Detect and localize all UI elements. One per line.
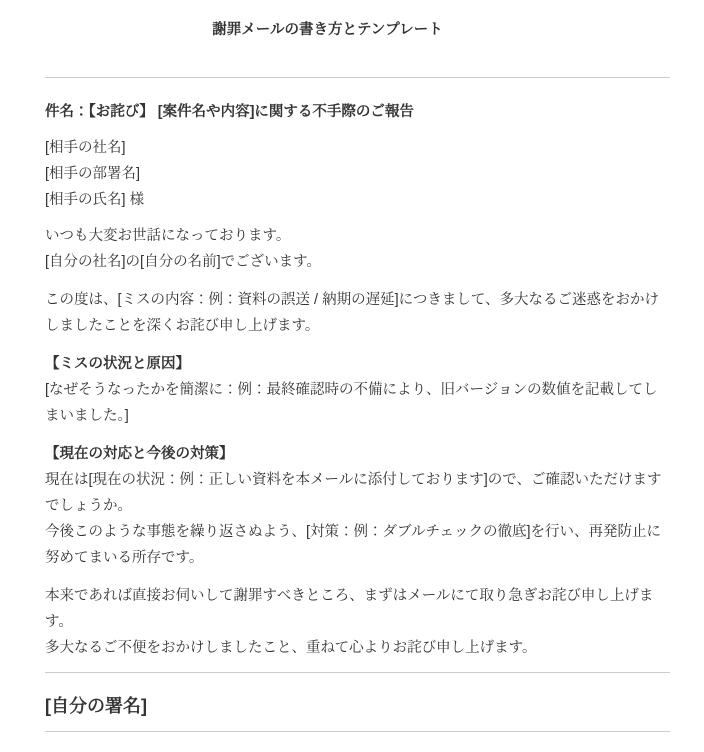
cause-line-1: [なぜそうなったかを簡潔に：例：最終確認時の不備により、旧バージョンの数値を記載… — [45, 377, 670, 403]
closing-paragraph: 本来であれば直接お伺いして謝罪すべきところ、まずはメールにて取り急ぎお詫び申し上… — [45, 583, 670, 661]
recipient-department: [相手の部署名] — [45, 161, 670, 187]
closing-line-1: 本来であれば直接お伺いして謝罪すべきところ、まずはメールにて取り急ぎお詫び申し上… — [45, 583, 670, 609]
apology-line-2: しましたことを深くお詫び申し上げます。 — [45, 313, 670, 339]
page-title: 謝罪メールの書き方とテンプレート — [45, 0, 610, 41]
recipient-company: [相手の社名] — [45, 135, 670, 161]
top-divider — [45, 77, 670, 78]
recipient-person: [相手の氏名] 様 — [45, 187, 670, 213]
countermeasure-section-heading: 【現在の対応と今後の対策】 — [45, 441, 670, 467]
subject-line: 件名：【お詫び】 [案件名や内容]に関する不手際のご報告 — [45, 99, 670, 125]
closing-line-2: す。 — [45, 609, 670, 635]
countermeasure-line-2: でしょうか。 — [45, 493, 670, 519]
closing-line-3: 多大なるご不便をおかけしましたこと、重ねて心よりお詫び申し上げます。 — [45, 635, 670, 661]
cause-section: 【ミスの状況と原因】 [なぜそうなったかを簡潔に：例：最終確認時の不備により、旧… — [45, 351, 670, 429]
greeting-paragraph: いつも大変お世話になっております。 [自分の社名]の[自分の名前]でございます。 — [45, 223, 670, 275]
countermeasure-line-4: 努めてまいる所存です。 — [45, 545, 670, 571]
apology-line-1: この度は、[ミスの内容：例：資料の誤送 / 納期の遅延]につきまして、多大なるご… — [45, 287, 670, 313]
cause-line-2: まいました。] — [45, 403, 670, 429]
signature-heading: [自分の署名] — [45, 692, 670, 732]
countermeasure-line-3: 今後このような事態を繰り返さぬよう、[対策：例：ダブルチェックの徹底]を行い、再… — [45, 519, 670, 545]
countermeasure-line-1: 現在は[現在の状況：例：正しい資料を本メールに添付しております]ので、ご確認いた… — [45, 467, 670, 493]
countermeasure-section: 【現在の対応と今後の対策】 現在は[現在の状況：例：正しい資料を本メールに添付し… — [45, 441, 670, 571]
article-container: 謝罪メールの書き方とテンプレート 件名：【お詫び】 [案件名や内容]に関する不手… — [0, 0, 704, 732]
greeting-line-2: [自分の社名]の[自分の名前]でございます。 — [45, 249, 670, 275]
cause-section-heading: 【ミスの状況と原因】 — [45, 351, 670, 377]
email-template-body: 件名：【お詫び】 [案件名や内容]に関する不手際のご報告 [相手の社名] [相手… — [45, 99, 670, 661]
apology-paragraph: この度は、[ミスの内容：例：資料の誤送 / 納期の遅延]につきまして、多大なるご… — [45, 287, 670, 339]
signature-top-divider — [45, 672, 670, 673]
recipient-block: [相手の社名] [相手の部署名] [相手の氏名] 様 — [45, 135, 670, 213]
greeting-line-1: いつも大変お世話になっております。 — [45, 223, 670, 249]
subject-text: 件名：【お詫び】 [案件名や内容]に関する不手際のご報告 — [45, 99, 670, 125]
